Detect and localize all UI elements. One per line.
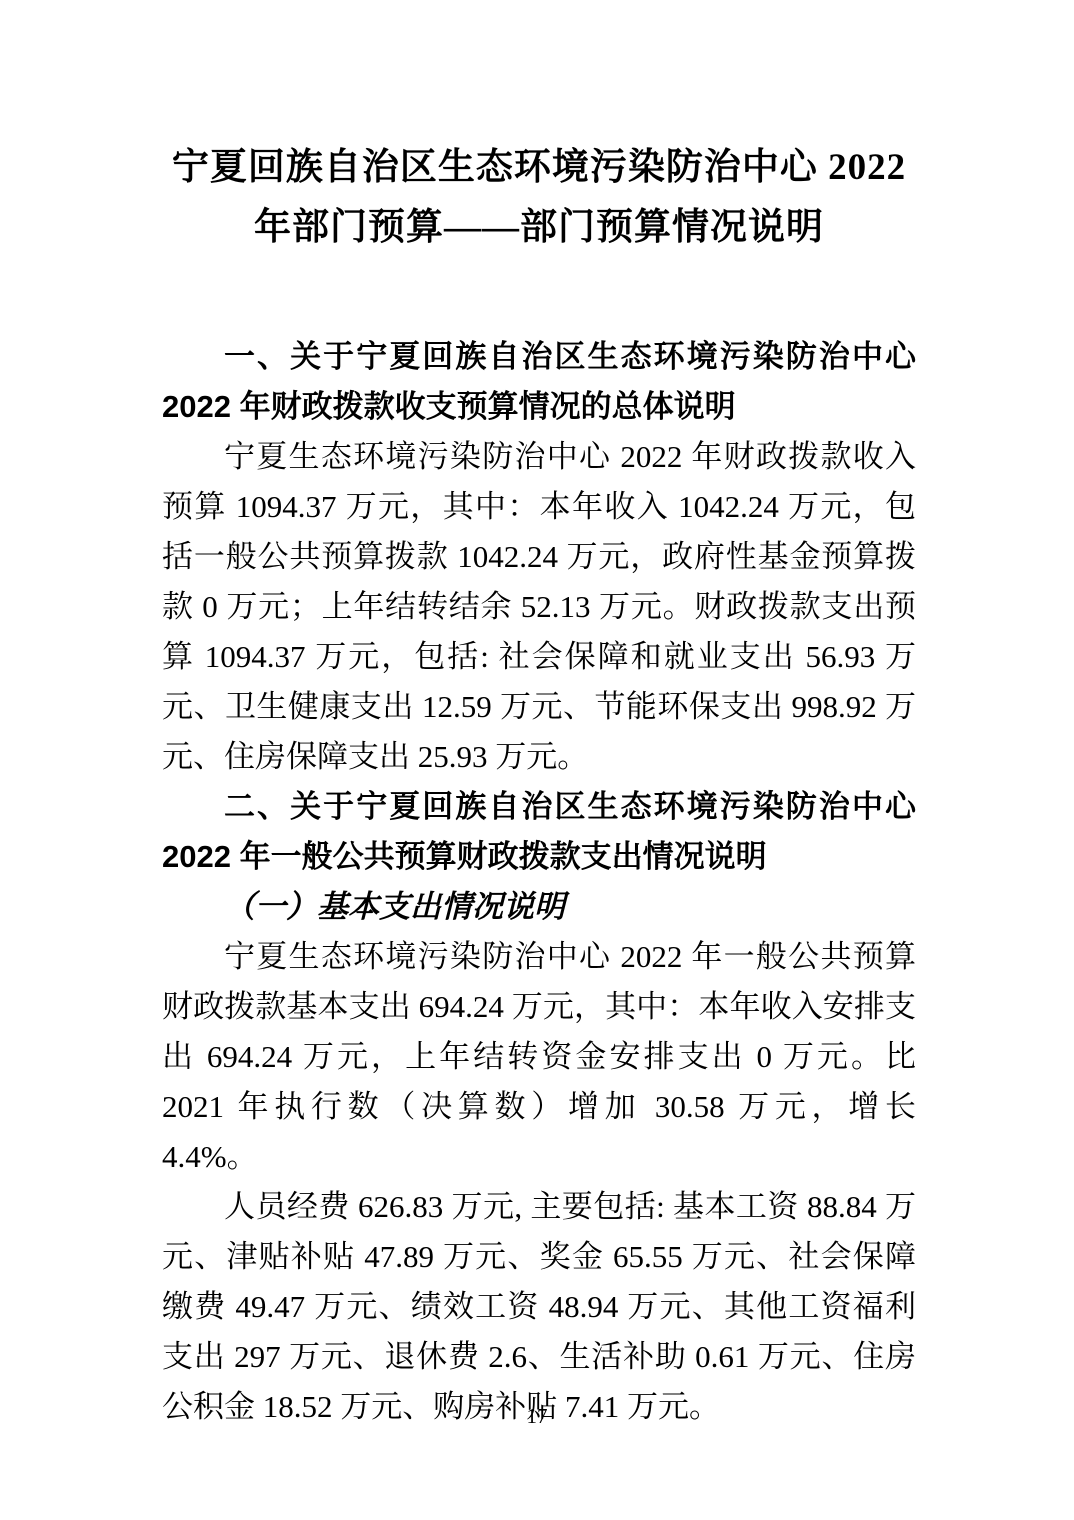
document-body: 一、关于宁夏回族自治区生态环境污染防治中心 2022 年财政拨款收支预算情况的总… — [162, 332, 916, 1432]
section-2-paragraph-personnel-funds: 人员经费 626.83 万元, 主要包括: 基本工资 88.84 万元、津贴补贴… — [162, 1182, 916, 1432]
document-page: 宁夏回族自治区生态环境污染防治中心 2022 年部门预算——部门预算情况说明 一… — [0, 0, 1074, 1520]
section-2-subheading: （一）基本支出情况说明 — [162, 882, 916, 932]
page-number: 17 — [0, 1403, 1074, 1429]
section-2-paragraph-basic-expenditure: 宁夏生态环境污染防治中心 2022 年一般公共预算财政拨款基本支出 694.24… — [162, 932, 916, 1182]
section-1-heading: 一、关于宁夏回族自治区生态环境污染防治中心 2022 年财政拨款收支预算情况的总… — [162, 332, 916, 432]
section-1-paragraph: 宁夏生态环境污染防治中心 2022 年财政拨款收入预算 1094.37 万元，其… — [162, 432, 916, 782]
document-title: 宁夏回族自治区生态环境污染防治中心 2022 年部门预算——部门预算情况说明 — [162, 138, 916, 258]
section-2-heading: 二、关于宁夏回族自治区生态环境污染防治中心 2022 年一般公共预算财政拨款支出… — [162, 782, 916, 882]
